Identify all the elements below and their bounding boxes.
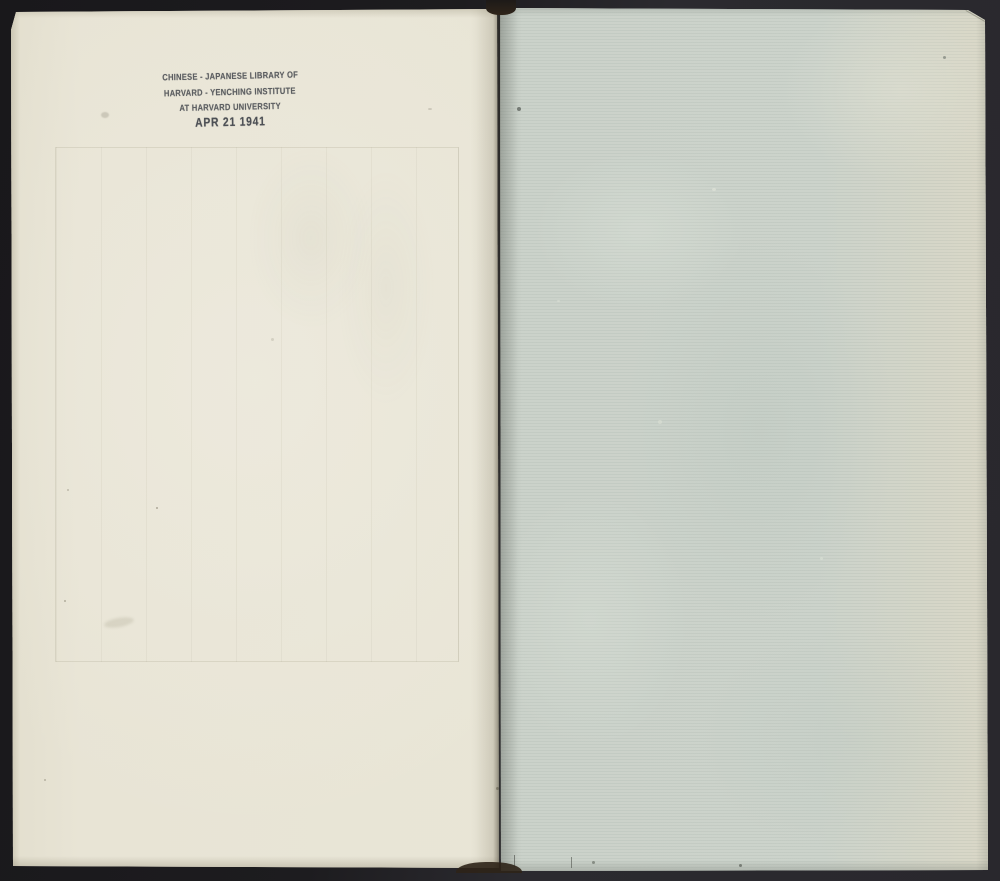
book-scan: CHINESE - JAPANESE LIBRARY OF HARVARD - … <box>0 0 1000 881</box>
stamp-date: APR 21 1941 <box>165 113 296 131</box>
right-page-top-edge-shadow <box>500 7 990 16</box>
binding-tail <box>456 862 522 873</box>
binding-notch <box>486 0 516 15</box>
table-showthrough <box>55 147 459 662</box>
right-page-right-edge-shadow <box>976 0 989 881</box>
left-page-bottom-edge-shadow <box>0 856 500 868</box>
library-stamp: CHINESE - JAPANESE LIBRARY OF HARVARD - … <box>149 67 310 131</box>
left-page-top-edge-shadow <box>0 8 500 18</box>
right-page-bottom-edge-shadow <box>500 860 990 872</box>
binding-gutter-shadow <box>476 9 522 868</box>
left-page-left-edge-shadow <box>11 0 20 881</box>
